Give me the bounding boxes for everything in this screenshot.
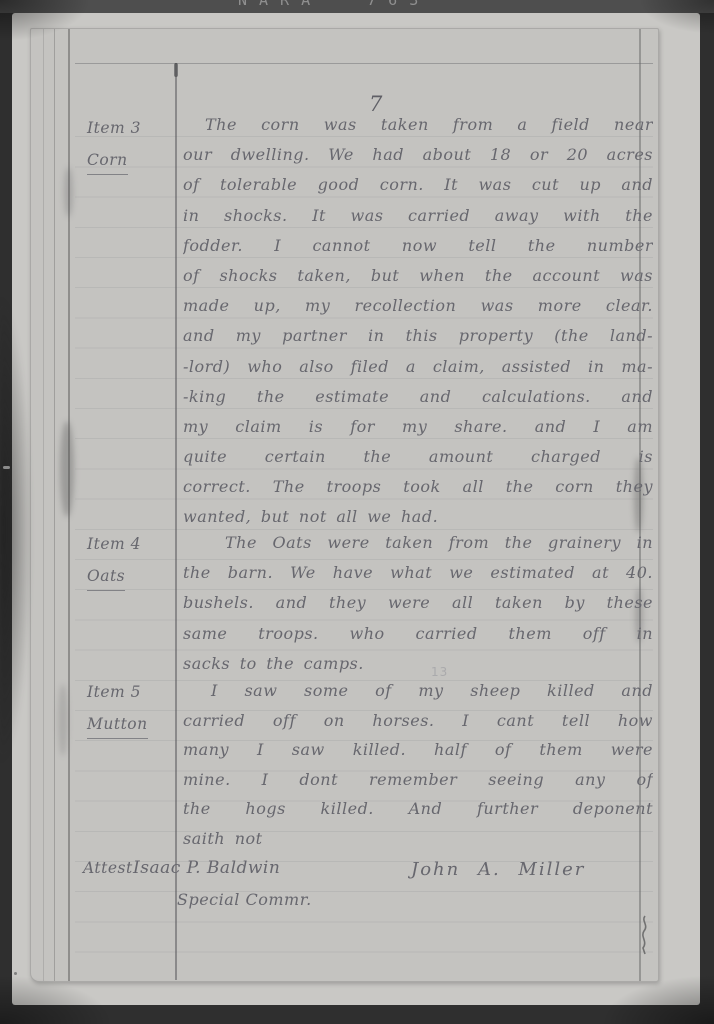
handwritten-line: made up, my recollection was more clear. (183, 291, 653, 321)
handwritten-line: sacks to the camps. (183, 649, 653, 679)
attest-label: Attest (83, 853, 133, 883)
claimant-signature: John A. Miller (411, 855, 585, 885)
handwritten-line: in shocks. It was carried away with the (183, 201, 653, 231)
margin-label-item-4: Item 4 Oats (87, 528, 181, 592)
item-name: Mutton (87, 710, 148, 739)
handwritten-line: carried off on horses. I cant tell how (183, 706, 653, 736)
item-label: Item 3 (87, 112, 181, 144)
handwritten-line: the hogs killed. And further deponent (183, 794, 653, 824)
stray-pencil-mark: 13 (431, 665, 448, 679)
document-page: 7 Item 3 Corn Item 4 Oats Item 5 Mutton … (30, 28, 659, 982)
top-rule-line (75, 63, 653, 64)
handwritten-line: same troops. who carried them off in (183, 619, 653, 649)
handwritten-line: the barn. We have what we estimated at 4… (183, 558, 653, 588)
testimony-section-oats: The Oats were taken from the grainery in… (183, 528, 653, 679)
handwritten-line: correct. The troops took all the corn th… (183, 472, 653, 502)
testimony-section-corn: The corn was taken from a field near our… (183, 110, 653, 533)
handwritten-line: mine. I dont remember seeing any of (183, 765, 653, 795)
binding-crease (54, 29, 55, 981)
handwritten-line: The corn was taken from a field near (183, 110, 653, 140)
handwritten-line: my claim is for my share. and I am (183, 412, 653, 442)
microfilm-scan: NARA 763 7 Item 3 Corn Item 4 Oats (0, 0, 714, 1024)
handwritten-line: and my partner in this property (the lan… (183, 321, 653, 351)
ink-smudge (60, 421, 74, 517)
handwritten-line: fodder. I cannot now tell the number (183, 231, 653, 261)
handwritten-line: The Oats were taken from the grainery in (183, 528, 653, 558)
testimony-section-mutton: I saw some of my sheep killed and carrie… (183, 676, 653, 853)
ink-smudge (64, 167, 73, 217)
film-header-band: NARA 763 (0, 0, 714, 13)
handwritten-line: of shocks taken, but when the account wa… (183, 261, 653, 291)
handwritten-line: -lord) who also filed a claim, assisted … (183, 352, 653, 382)
film-caption: NARA 763 (238, 0, 430, 9)
margin-label-item-3: Item 3 Corn (87, 112, 181, 176)
item-name: Oats (87, 562, 125, 591)
binding-crease (43, 29, 44, 981)
backing-sheet: 7 Item 3 Corn Item 4 Oats Item 5 Mutton … (12, 13, 700, 1005)
margin-label-item-5: Item 5 Mutton (87, 676, 181, 740)
edge-scribble-mark (640, 915, 650, 959)
handwritten-line: many I saw killed. half of them were (183, 735, 653, 765)
dust-speck (3, 466, 10, 469)
handwritten-line: our dwelling. We had about 18 or 20 acre… (183, 140, 653, 170)
dust-speck (14, 972, 17, 975)
handwritten-line: quite certain the amount charged is (183, 442, 653, 472)
handwritten-line: I saw some of my sheep killed and (183, 676, 653, 706)
handwritten-line: -king the estimate and calculations. and (183, 382, 653, 412)
item-name: Corn (87, 146, 128, 175)
handwritten-line: saith not (183, 824, 653, 854)
margin-rule-line (175, 63, 177, 980)
item-label: Item 4 (87, 528, 181, 560)
handwritten-line: bushels. and they were all taken by thes… (183, 588, 653, 618)
item-label: Item 5 (87, 676, 181, 708)
ink-smudge (58, 684, 68, 756)
witness-name: Isaac P. Baldwin (133, 853, 280, 883)
witness-title: Special Commr. (177, 885, 312, 915)
handwritten-line: of tolerable good corn. It was cut up an… (183, 170, 653, 200)
